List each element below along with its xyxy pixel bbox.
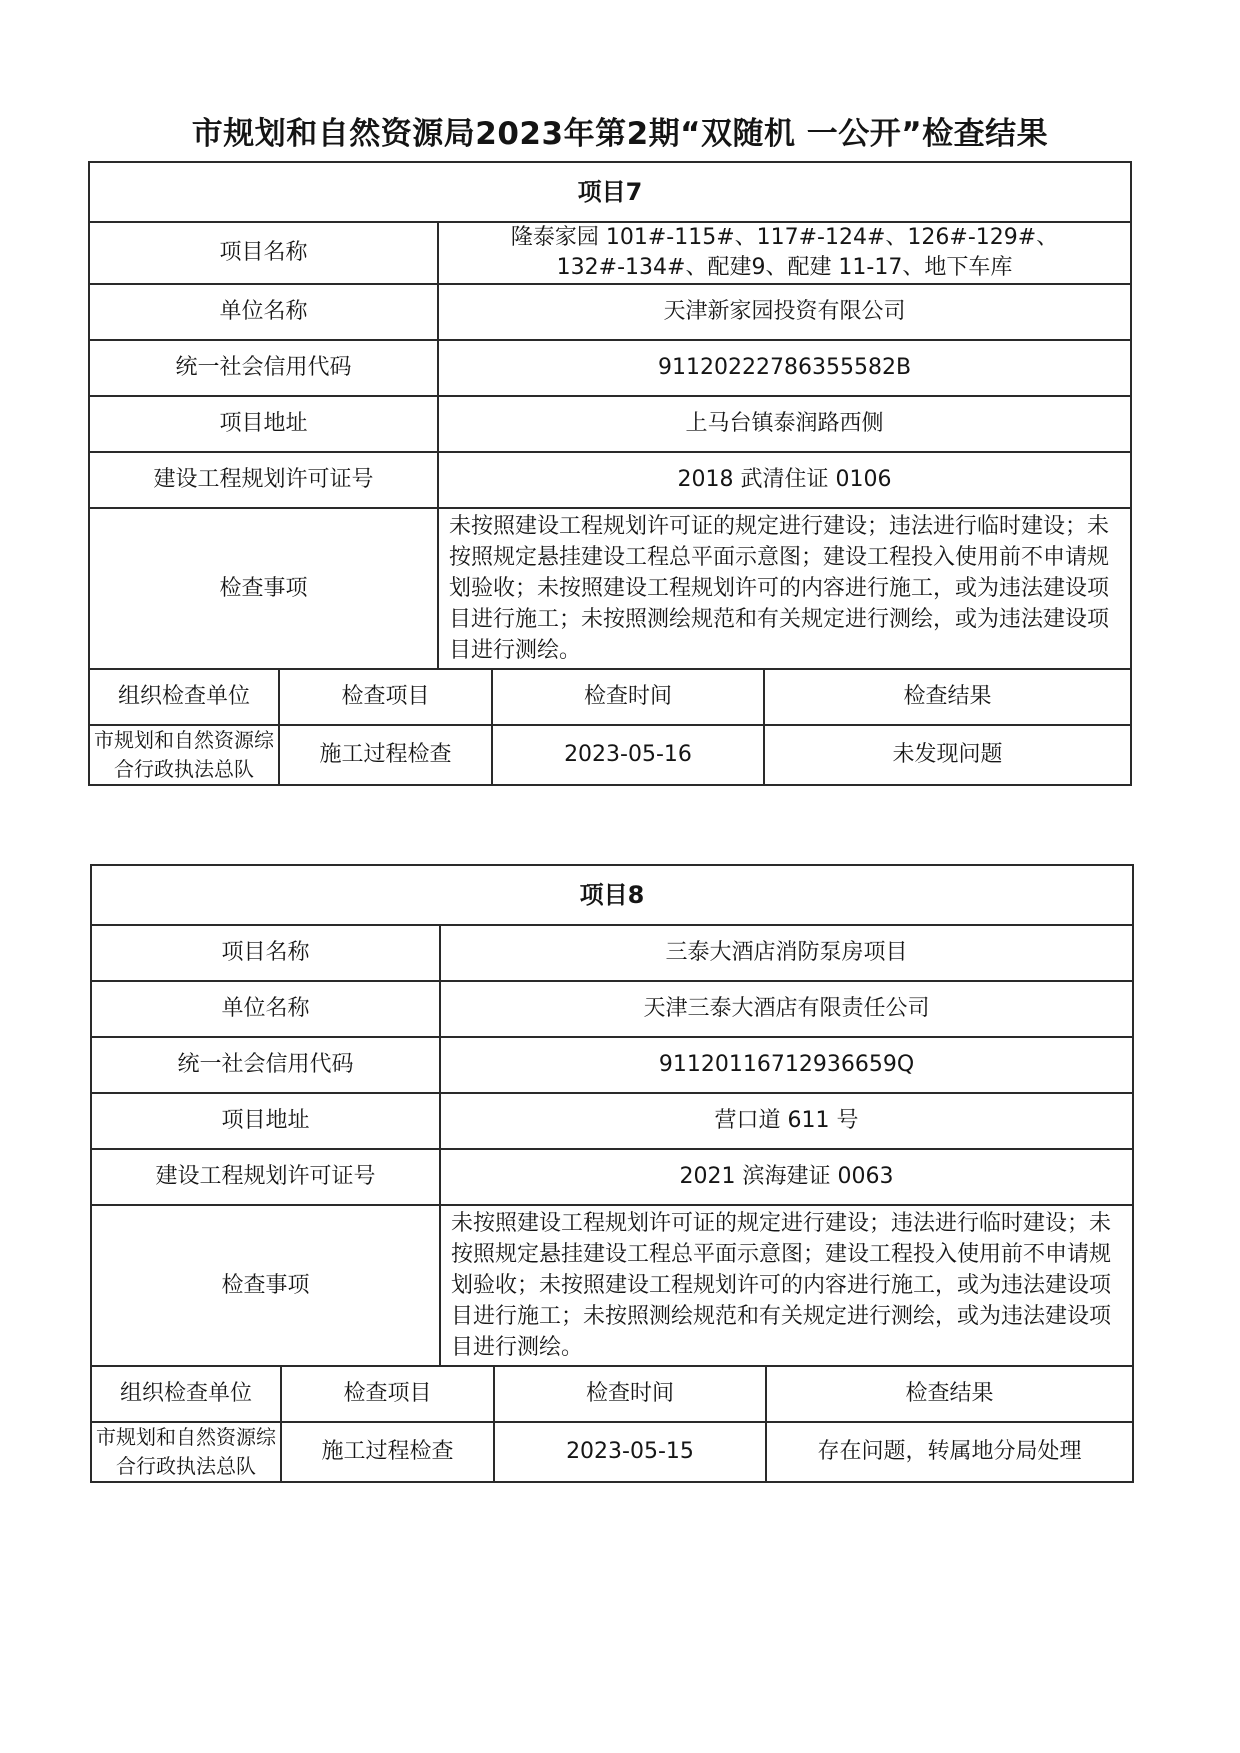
inspection-header-row: 组织检查单位 检查项目 检查时间 检查结果 [89, 669, 1131, 725]
check-project-header: 检查项目 [281, 1366, 494, 1422]
org-unit-header: 组织检查单位 [89, 669, 279, 725]
credit-code-label: 统一社会信用代码 [91, 1037, 440, 1093]
check-items-label: 检查事项 [89, 508, 438, 669]
unit-name-value: 天津三泰大酒店有限责任公司 [440, 981, 1133, 1037]
unit-name-row: 单位名称 天津新家园投资有限公司 [89, 284, 1131, 340]
address-value: 营口道 611 号 [440, 1093, 1133, 1149]
permit-row: 建设工程规划许可证号 2018 武清住证 0106 [89, 452, 1131, 508]
check-time-value: 2023-05-16 [492, 725, 764, 785]
check-result-header: 检查结果 [766, 1366, 1133, 1422]
permit-value: 2018 武清住证 0106 [438, 452, 1131, 508]
check-time-header: 检查时间 [492, 669, 764, 725]
permit-row: 建设工程规划许可证号 2021 滨海建证 0063 [91, 1149, 1133, 1205]
check-project-value: 施工过程检查 [281, 1422, 494, 1482]
project-name-row: 项目名称 三泰大酒店消防泵房项目 [91, 925, 1133, 981]
unit-name-label: 单位名称 [89, 284, 438, 340]
check-result-value: 存在问题，转属地分局处理 [766, 1422, 1133, 1482]
credit-code-value: 91120116712936659Q [440, 1037, 1133, 1093]
project-header-row: 项目8 [91, 865, 1133, 925]
project-table-7: 项目7 项目名称 隆泰家园 101#-115#、117#-124#、126#-1… [88, 161, 1132, 786]
unit-name-row: 单位名称 天津三泰大酒店有限责任公司 [91, 981, 1133, 1037]
check-items-label: 检查事项 [91, 1205, 440, 1366]
check-items-row: 检查事项 未按照建设工程规划许可证的规定进行建设；违法进行临时建设；未按照规定悬… [89, 508, 1131, 669]
check-result-value: 未发现问题 [764, 725, 1131, 785]
project-header: 项目8 [91, 865, 1133, 925]
project-header-row: 项目7 [89, 162, 1131, 222]
project-name-value: 隆泰家园 101#-115#、117#-124#、126#-129#、132#-… [438, 222, 1131, 284]
project-name-label: 项目名称 [89, 222, 438, 284]
permit-label: 建设工程规划许可证号 [89, 452, 438, 508]
org-unit-value: 市规划和自然资源综合行政执法总队 [89, 725, 279, 785]
org-unit-value: 市规划和自然资源综合行政执法总队 [91, 1422, 281, 1482]
unit-name-label: 单位名称 [91, 981, 440, 1037]
credit-code-row: 统一社会信用代码 91120222786355582B [89, 340, 1131, 396]
check-items-value: 未按照建设工程规划许可证的规定进行建设；违法进行临时建设；未按照规定悬挂建设工程… [438, 508, 1131, 669]
unit-name-value: 天津新家园投资有限公司 [438, 284, 1131, 340]
address-label: 项目地址 [91, 1093, 440, 1149]
check-project-header: 检查项目 [279, 669, 492, 725]
check-items-row: 检查事项 未按照建设工程规划许可证的规定进行建设；违法进行临时建设；未按照规定悬… [91, 1205, 1133, 1366]
address-row: 项目地址 上马台镇泰润路西侧 [89, 396, 1131, 452]
inspection-header-row: 组织检查单位 检查项目 检查时间 检查结果 [91, 1366, 1133, 1422]
permit-value: 2021 滨海建证 0063 [440, 1149, 1133, 1205]
project-name-value: 三泰大酒店消防泵房项目 [440, 925, 1133, 981]
credit-code-row: 统一社会信用代码 91120116712936659Q [91, 1037, 1133, 1093]
project-name-row: 项目名称 隆泰家园 101#-115#、117#-124#、126#-129#、… [89, 222, 1131, 284]
check-time-header: 检查时间 [494, 1366, 766, 1422]
page-title: 市规划和自然资源局2023年第2期“双随机 一公开”检查结果 [0, 108, 1240, 153]
credit-code-value: 91120222786355582B [438, 340, 1131, 396]
project-name-label: 项目名称 [91, 925, 440, 981]
inspection-row: 市规划和自然资源综合行政执法总队 施工过程检查 2023-05-16 未发现问题 [89, 725, 1131, 785]
credit-code-label: 统一社会信用代码 [89, 340, 438, 396]
address-label: 项目地址 [89, 396, 438, 452]
check-result-header: 检查结果 [764, 669, 1131, 725]
inspection-row: 市规划和自然资源综合行政执法总队 施工过程检查 2023-05-15 存在问题，… [91, 1422, 1133, 1482]
address-row: 项目地址 营口道 611 号 [91, 1093, 1133, 1149]
project-header: 项目7 [89, 162, 1131, 222]
address-value: 上马台镇泰润路西侧 [438, 396, 1131, 452]
project-table-8: 项目8 项目名称 三泰大酒店消防泵房项目 单位名称 天津三泰大酒店有限责任公司 … [90, 864, 1134, 1483]
permit-label: 建设工程规划许可证号 [91, 1149, 440, 1205]
check-items-value: 未按照建设工程规划许可证的规定进行建设；违法进行临时建设；未按照规定悬挂建设工程… [440, 1205, 1133, 1366]
check-time-value: 2023-05-15 [494, 1422, 766, 1482]
org-unit-header: 组织检查单位 [91, 1366, 281, 1422]
check-project-value: 施工过程检查 [279, 725, 492, 785]
